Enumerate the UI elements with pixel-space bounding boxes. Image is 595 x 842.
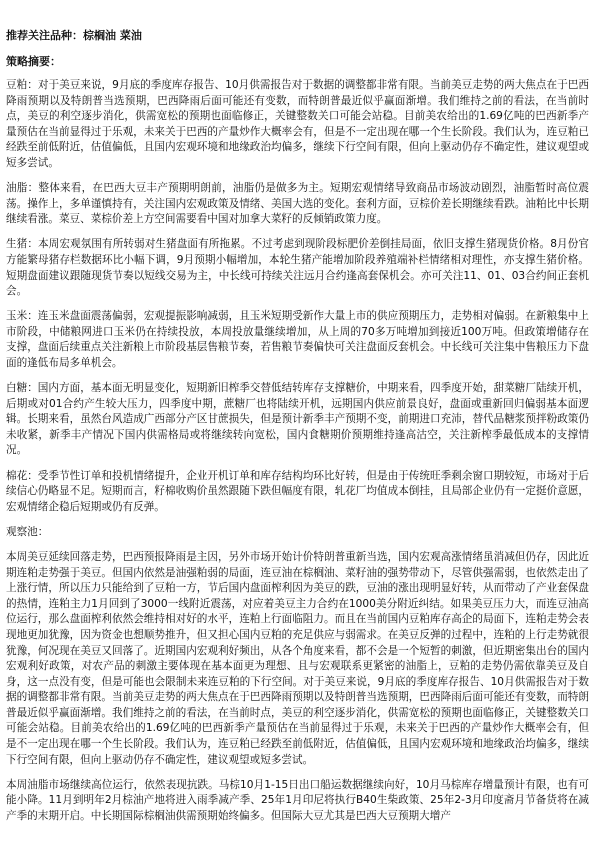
section-hogs: 生猪：本周宏观氛围有所转弱对生猪盘面有所拖累。不过考虑到现阶段标肥价差倒挂局面，… xyxy=(6,237,589,299)
watchlist-oils-detail: 本周油脂市场继续高位运行，依然表现抗跌。马棕10月1-15日出口船运数据继续向好… xyxy=(6,778,589,825)
watchlist-label: 观察池： xyxy=(6,525,589,541)
watchlist-soy-detail: 本周美豆延续回落走势，巴西预报降雨是主因，另外市场开始计价特朗普重新当选，国内宏… xyxy=(6,550,589,768)
section-soymeal: 豆粕：对于美豆来说，9月底的季度库存报告、10月供需报告对于数据的调整都非常有限… xyxy=(6,78,589,172)
strategy-summary-heading: 策略摘要： xyxy=(6,54,589,70)
recommended-varieties-heading: 推荐关注品种：棕榈油 菜油 xyxy=(6,28,589,44)
document-page: 推荐关注品种：棕榈油 菜油 策略摘要： 豆粕：对于美豆来说，9月底的季度库存报告… xyxy=(0,0,595,842)
section-oils: 油脂：整体来看，在巴西大豆丰产预期明朗前，油脂仍是做多为主。短期宏观情绪导致商品… xyxy=(6,181,589,228)
section-sugar: 白糖：国内方面，基本面无明显变化，短期新旧榨季交替低结转库存支撑糖价，中期来看，… xyxy=(6,381,589,459)
section-corn: 玉米：连玉米盘面震荡偏弱，宏观提振影响减弱，且玉米短期受新作大量上市的供应预期压… xyxy=(6,309,589,371)
section-cotton: 棉花：受季节性订单和投机情绪提升，企业开机订单和库存结构均环比好转，但是由于传统… xyxy=(6,469,589,516)
